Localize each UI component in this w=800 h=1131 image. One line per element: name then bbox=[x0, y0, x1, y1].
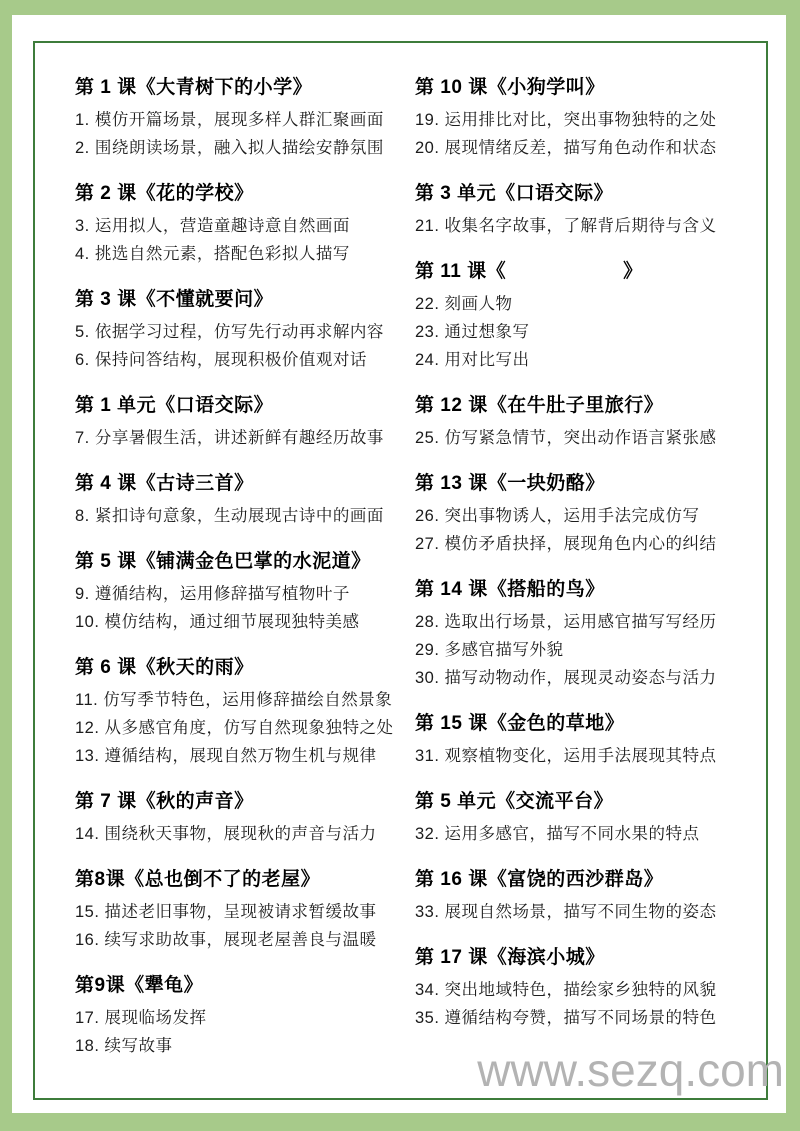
lesson-section: 第 3 单元《口语交际》21. 收集名字故事，了解背后期待与含义 bbox=[415, 179, 765, 240]
lesson-point: 3. 运用拟人，营造童趣诗意自然画面 bbox=[75, 212, 415, 240]
lesson-point: 26. 突出事物诱人，运用手法完成仿写 bbox=[415, 502, 765, 530]
lesson-section: 第 14 课《搭船的鸟》28. 选取出行场景，运用感官描写写经历29. 多感官描… bbox=[415, 575, 765, 692]
lesson-point: 1. 模仿开篇场景，展现多样人群汇聚画面 bbox=[75, 106, 415, 134]
lesson-section: 第 4 课《古诗三首》8. 紧扣诗句意象，生动展现古诗中的画面 bbox=[75, 469, 415, 530]
lesson-heading: 第 11 课《 》 bbox=[415, 257, 765, 287]
lesson-point: 19. 运用排比对比，突出事物独特的之处 bbox=[415, 106, 765, 134]
lesson-point: 29. 多感官描写外貌 bbox=[415, 636, 765, 664]
lesson-point: 4. 挑选自然元素，搭配色彩拟人描写 bbox=[75, 240, 415, 268]
lesson-point: 32. 运用多感官，描写不同水果的特点 bbox=[415, 820, 765, 848]
lesson-point: 6. 保持问答结构，展现积极价值观对话 bbox=[75, 346, 415, 374]
lesson-section: 第 3 课《不懂就要问》5. 依据学习过程，仿写先行动再求解内容6. 保持问答结… bbox=[75, 285, 415, 374]
lesson-section: 第8课《总也倒不了的老屋》15. 描述老旧事物，呈现被请求暂缓故事16. 续写求… bbox=[75, 865, 415, 954]
lesson-heading: 第 17 课《海滨小城》 bbox=[415, 943, 765, 973]
lesson-heading: 第 3 课《不懂就要问》 bbox=[75, 285, 415, 315]
lesson-heading: 第 5 课《铺满金色巴掌的水泥道》 bbox=[75, 547, 415, 577]
lesson-section: 第 16 课《富饶的西沙群岛》33. 展现自然场景，描写不同生物的姿态 bbox=[415, 865, 765, 926]
paper-sheet: 第 1 课《大青树下的小学》1. 模仿开篇场景，展现多样人群汇聚画面2. 围绕朗… bbox=[12, 15, 786, 1113]
lesson-point: 24. 用对比写出 bbox=[415, 346, 765, 374]
lesson-point: 17. 展现临场发挥 bbox=[75, 1004, 415, 1032]
lesson-section: 第 5 单元《交流平台》32. 运用多感官，描写不同水果的特点 bbox=[415, 787, 765, 848]
lesson-section: 第 1 课《大青树下的小学》1. 模仿开篇场景，展现多样人群汇聚画面2. 围绕朗… bbox=[75, 73, 415, 162]
lesson-section: 第 7 课《秋的声音》14. 围绕秋天事物，展现秋的声音与活力 bbox=[75, 787, 415, 848]
lesson-heading: 第 13 课《一块奶酪》 bbox=[415, 469, 765, 499]
lesson-point: 21. 收集名字故事，了解背后期待与含义 bbox=[415, 212, 765, 240]
lesson-point: 31. 观察植物变化，运用手法展现其特点 bbox=[415, 742, 765, 770]
lesson-point: 12. 从多感官角度，仿写自然现象独特之处 bbox=[75, 714, 415, 742]
lesson-heading: 第 3 单元《口语交际》 bbox=[415, 179, 765, 209]
lesson-section: 第9课《犟龟》17. 展现临场发挥18. 续写故事 bbox=[75, 971, 415, 1060]
lesson-heading: 第 4 课《古诗三首》 bbox=[75, 469, 415, 499]
lesson-point: 7. 分享暑假生活，讲述新鲜有趣经历故事 bbox=[75, 424, 415, 452]
lesson-point: 23. 通过想象写 bbox=[415, 318, 765, 346]
lesson-point: 28. 选取出行场景，运用感官描写写经历 bbox=[415, 608, 765, 636]
lesson-heading: 第 6 课《秋天的雨》 bbox=[75, 653, 415, 683]
lesson-point: 22. 刻画人物 bbox=[415, 290, 765, 318]
lesson-point: 5. 依据学习过程，仿写先行动再求解内容 bbox=[75, 318, 415, 346]
lesson-section: 第 13 课《一块奶酪》26. 突出事物诱人，运用手法完成仿写27. 模仿矛盾抉… bbox=[415, 469, 765, 558]
lesson-section: 第 2 课《花的学校》3. 运用拟人，营造童趣诗意自然画面4. 挑选自然元素，搭… bbox=[75, 179, 415, 268]
lesson-point: 27. 模仿矛盾抉择，展现角色内心的纠结 bbox=[415, 530, 765, 558]
lesson-point: 33. 展现自然场景，描写不同生物的姿态 bbox=[415, 898, 765, 926]
lesson-section: 第 15 课《金色的草地》31. 观察植物变化，运用手法展现其特点 bbox=[415, 709, 765, 770]
right-column: 第 10 课《小狗学叫》19. 运用排比对比，突出事物独特的之处20. 展现情绪… bbox=[415, 73, 765, 1077]
lesson-heading: 第 1 课《大青树下的小学》 bbox=[75, 73, 415, 103]
lesson-heading: 第 16 课《富饶的西沙群岛》 bbox=[415, 865, 765, 895]
lesson-point: 30. 描写动物动作，展现灵动姿态与活力 bbox=[415, 664, 765, 692]
lesson-heading: 第 2 课《花的学校》 bbox=[75, 179, 415, 209]
lesson-point: 35. 遵循结构夸赞，描写不同场景的特色 bbox=[415, 1004, 765, 1032]
lesson-point: 9. 遵循结构，运用修辞描写植物叶子 bbox=[75, 580, 415, 608]
lesson-point: 8. 紧扣诗句意象，生动展现古诗中的画面 bbox=[75, 502, 415, 530]
lesson-heading: 第 15 课《金色的草地》 bbox=[415, 709, 765, 739]
lesson-heading: 第8课《总也倒不了的老屋》 bbox=[75, 865, 415, 895]
lesson-heading: 第 12 课《在牛肚子里旅行》 bbox=[415, 391, 765, 421]
lesson-heading: 第 10 课《小狗学叫》 bbox=[415, 73, 765, 103]
lesson-point: 13. 遵循结构，展现自然万物生机与规律 bbox=[75, 742, 415, 770]
lesson-section: 第 6 课《秋天的雨》11. 仿写季节特色，运用修辞描绘自然景象12. 从多感官… bbox=[75, 653, 415, 770]
lesson-point: 34. 突出地域特色，描绘家乡独特的风貌 bbox=[415, 976, 765, 1004]
lesson-columns: 第 1 课《大青树下的小学》1. 模仿开篇场景，展现多样人群汇聚画面2. 围绕朗… bbox=[35, 43, 766, 1077]
lesson-point: 11. 仿写季节特色，运用修辞描绘自然景象 bbox=[75, 686, 415, 714]
lesson-section: 第 11 课《 》22. 刻画人物23. 通过想象写24. 用对比写出 bbox=[415, 257, 765, 374]
lesson-point: 10. 模仿结构，通过细节展现独特美感 bbox=[75, 608, 415, 636]
watermark: www.sezq.com bbox=[477, 1043, 784, 1097]
lesson-heading: 第 14 课《搭船的鸟》 bbox=[415, 575, 765, 605]
left-column: 第 1 课《大青树下的小学》1. 模仿开篇场景，展现多样人群汇聚画面2. 围绕朗… bbox=[75, 73, 415, 1077]
lesson-section: 第 1 单元《口语交际》7. 分享暑假生活，讲述新鲜有趣经历故事 bbox=[75, 391, 415, 452]
lesson-section: 第 12 课《在牛肚子里旅行》25. 仿写紧急情节，突出动作语言紧张感 bbox=[415, 391, 765, 452]
lesson-section: 第 17 课《海滨小城》34. 突出地域特色，描绘家乡独特的风貌35. 遵循结构… bbox=[415, 943, 765, 1032]
lesson-point: 16. 续写求助故事，展现老屋善良与温暖 bbox=[75, 926, 415, 954]
lesson-point: 18. 续写故事 bbox=[75, 1032, 415, 1060]
lesson-point: 2. 围绕朗读场景，融入拟人描绘安静氛围 bbox=[75, 134, 415, 162]
lesson-point: 14. 围绕秋天事物，展现秋的声音与活力 bbox=[75, 820, 415, 848]
lesson-point: 15. 描述老旧事物，呈现被请求暂缓故事 bbox=[75, 898, 415, 926]
lesson-heading: 第9课《犟龟》 bbox=[75, 971, 415, 1001]
lesson-heading: 第 1 单元《口语交际》 bbox=[75, 391, 415, 421]
inner-border: 第 1 课《大青树下的小学》1. 模仿开篇场景，展现多样人群汇聚画面2. 围绕朗… bbox=[33, 41, 768, 1100]
lesson-section: 第 5 课《铺满金色巴掌的水泥道》9. 遵循结构，运用修辞描写植物叶子10. 模… bbox=[75, 547, 415, 636]
lesson-section: 第 10 课《小狗学叫》19. 运用排比对比，突出事物独特的之处20. 展现情绪… bbox=[415, 73, 765, 162]
lesson-heading: 第 7 课《秋的声音》 bbox=[75, 787, 415, 817]
lesson-point: 20. 展现情绪反差，描写角色动作和状态 bbox=[415, 134, 765, 162]
lesson-point: 25. 仿写紧急情节，突出动作语言紧张感 bbox=[415, 424, 765, 452]
lesson-heading: 第 5 单元《交流平台》 bbox=[415, 787, 765, 817]
